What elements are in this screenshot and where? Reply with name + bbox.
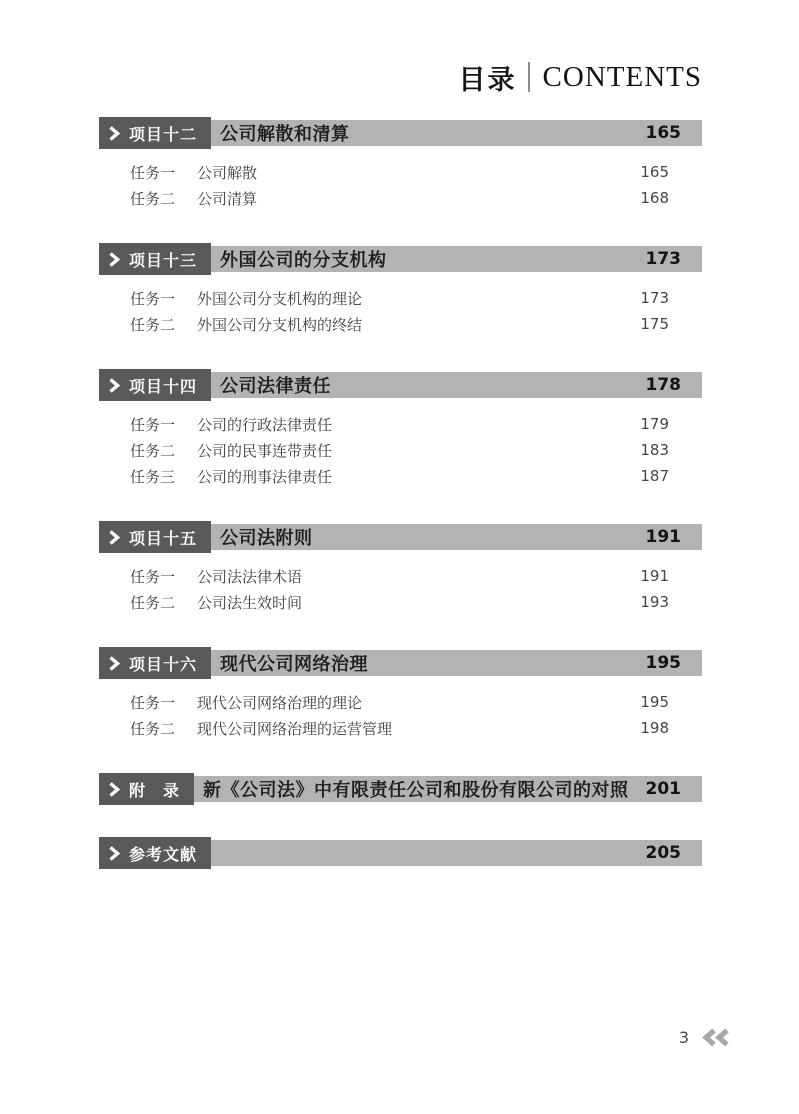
task-label: 任务二 [130,440,175,461]
task-title: 现代公司网络治理的理论 [197,692,362,713]
task-row: 任务一 外国公司分支机构的理论 173 [99,285,702,311]
task-list: 任务一 公司法法律术语 191 任务二 公司法生效时间 193 [99,563,702,615]
section-title: 公司法律责任 [220,372,331,398]
task-list: 任务一 外国公司分支机构的理论 173 任务二 外国公司分支机构的终结 175 [99,285,702,337]
section-title: 现代公司网络治理 [220,650,368,676]
task-page-number: 183 [640,441,702,459]
task-label: 任务一 [130,566,175,587]
task-row: 任务一 公司解散 165 [99,159,702,185]
task-row: 任务二 现代公司网络治理的运营管理 198 [99,715,702,741]
toc-section: 参考文献 205 [99,837,702,869]
toc-title-english: CONTENTS [543,61,702,94]
task-row: 任务一 公司法法律术语 191 [99,563,702,589]
task-title: 公司清算 [197,188,257,209]
section-label: 项目十五 [129,526,197,549]
task-label: 任务一 [130,162,175,183]
page-footer: 3 [679,1028,733,1047]
task-page-number: 191 [640,567,702,585]
section-label: 项目十三 [129,248,197,271]
page-header: 目录 CONTENTS [99,55,702,99]
task-label: 任务二 [130,314,175,335]
section-header-bar: 项目十二 公司解散和清算 165 [99,117,702,149]
section-label-box: 项目十二 [99,117,211,149]
task-page-number: 168 [640,189,702,207]
section-label-box: 项目十三 [99,243,211,275]
task-title: 公司法法律术语 [197,566,302,587]
section-label-box: 参考文献 [99,837,211,869]
task-page-number: 173 [640,289,702,307]
task-row: 任务二 外国公司分支机构的终结 175 [99,311,702,337]
section-page-number: 191 [646,527,703,547]
section-label: 项目十二 [129,122,197,145]
task-list: 任务一 公司的行政法律责任 179 任务二 公司的民事连带责任 183 任务三 … [99,411,702,489]
task-title: 现代公司网络治理的运营管理 [197,718,392,739]
task-row: 任务一 现代公司网络治理的理论 195 [99,689,702,715]
section-page-number: 173 [646,249,703,269]
task-list: 任务一 公司解散 165 任务二 公司清算 168 [99,159,702,211]
section-header-bar: 项目十三 外国公司的分支机构 173 [99,243,702,275]
chevron-right-icon [108,126,120,141]
toc-title-chinese: 目录 [459,58,517,97]
task-page-number: 175 [640,315,702,333]
section-page-number: 205 [646,843,703,863]
section-page-number: 195 [646,653,703,673]
toc-section: 项目十四 公司法律责任 178 任务一 公司的行政法律责任 179 任务二 公司… [99,369,702,489]
page-number: 3 [679,1028,689,1047]
task-title: 外国公司分支机构的理论 [197,288,362,309]
section-page-number: 201 [646,779,703,799]
task-label: 任务一 [130,692,175,713]
section-title: 公司法附则 [220,524,313,550]
toc-content: 目录 CONTENTS 项目十二 公司解散和清算 165 任务一 公司解散 16… [99,55,702,901]
section-label-box: 项目十五 [99,521,211,553]
task-label: 任务二 [130,718,175,739]
toc-section: 项目十二 公司解散和清算 165 任务一 公司解散 165 任务二 公司清算 1… [99,117,702,211]
toc-page: 目录 CONTENTS 项目十二 公司解散和清算 165 任务一 公司解散 16… [0,0,799,1114]
task-row: 任务三 公司的刑事法律责任 187 [99,463,702,489]
task-title: 公司法生效时间 [197,592,302,613]
section-title: 新《公司法》中有限责任公司和股份有限公司的对照 [203,776,629,802]
toc-section: 项目十三 外国公司的分支机构 173 任务一 外国公司分支机构的理论 173 任… [99,243,702,337]
section-label: 项目十六 [129,652,197,675]
task-page-number: 193 [640,593,702,611]
chevron-right-icon [108,530,120,545]
task-label: 任务二 [130,188,175,209]
section-title: 公司解散和清算 [220,120,350,146]
task-label: 任务三 [130,466,175,487]
chevron-right-icon [108,782,120,797]
chevron-right-icon [108,656,120,671]
task-page-number: 195 [640,693,702,711]
task-title: 公司的民事连带责任 [197,440,332,461]
double-left-chevron-icon [700,1028,733,1047]
chevron-right-icon [108,378,120,393]
task-row: 任务二 公司清算 168 [99,185,702,211]
task-row: 任务二 公司法生效时间 193 [99,589,702,615]
task-row: 任务二 公司的民事连带责任 183 [99,437,702,463]
task-title: 公司解散 [197,162,257,183]
section-label: 项目十四 [129,374,197,397]
task-title: 公司的行政法律责任 [197,414,332,435]
section-header-bar: 参考文献 205 [99,837,702,869]
section-header-bar: 项目十六 现代公司网络治理 195 [99,647,702,679]
task-label: 任务一 [130,288,175,309]
task-label: 任务一 [130,414,175,435]
section-label-box: 附 录 [99,773,194,805]
toc-section: 项目十五 公司法附则 191 任务一 公司法法律术语 191 任务二 公司法生效… [99,521,702,615]
task-page-number: 198 [640,719,702,737]
chevron-right-icon [108,846,120,861]
task-page-number: 165 [640,163,702,181]
task-label: 任务二 [130,592,175,613]
section-header-bar: 项目十五 公司法附则 191 [99,521,702,553]
header-separator [528,62,530,92]
task-title: 外国公司分支机构的终结 [197,314,362,335]
section-title: 外国公司的分支机构 [220,246,387,272]
toc-section-list: 项目十二 公司解散和清算 165 任务一 公司解散 165 任务二 公司清算 1… [99,117,702,869]
task-row: 任务一 公司的行政法律责任 179 [99,411,702,437]
toc-section: 附 录 新《公司法》中有限责任公司和股份有限公司的对照 201 [99,773,702,805]
toc-section: 项目十六 现代公司网络治理 195 任务一 现代公司网络治理的理论 195 任务… [99,647,702,741]
section-label: 附 录 [129,778,180,801]
chevron-right-icon [108,252,120,267]
section-header-bar: 项目十四 公司法律责任 178 [99,369,702,401]
task-title: 公司的刑事法律责任 [197,466,332,487]
section-page-number: 165 [646,123,703,143]
section-header-bar: 附 录 新《公司法》中有限责任公司和股份有限公司的对照 201 [99,773,702,805]
section-label: 参考文献 [129,842,197,865]
task-page-number: 179 [640,415,702,433]
section-label-box: 项目十六 [99,647,211,679]
section-label-box: 项目十四 [99,369,211,401]
section-page-number: 178 [646,375,703,395]
task-page-number: 187 [640,467,702,485]
task-list: 任务一 现代公司网络治理的理论 195 任务二 现代公司网络治理的运营管理 19… [99,689,702,741]
